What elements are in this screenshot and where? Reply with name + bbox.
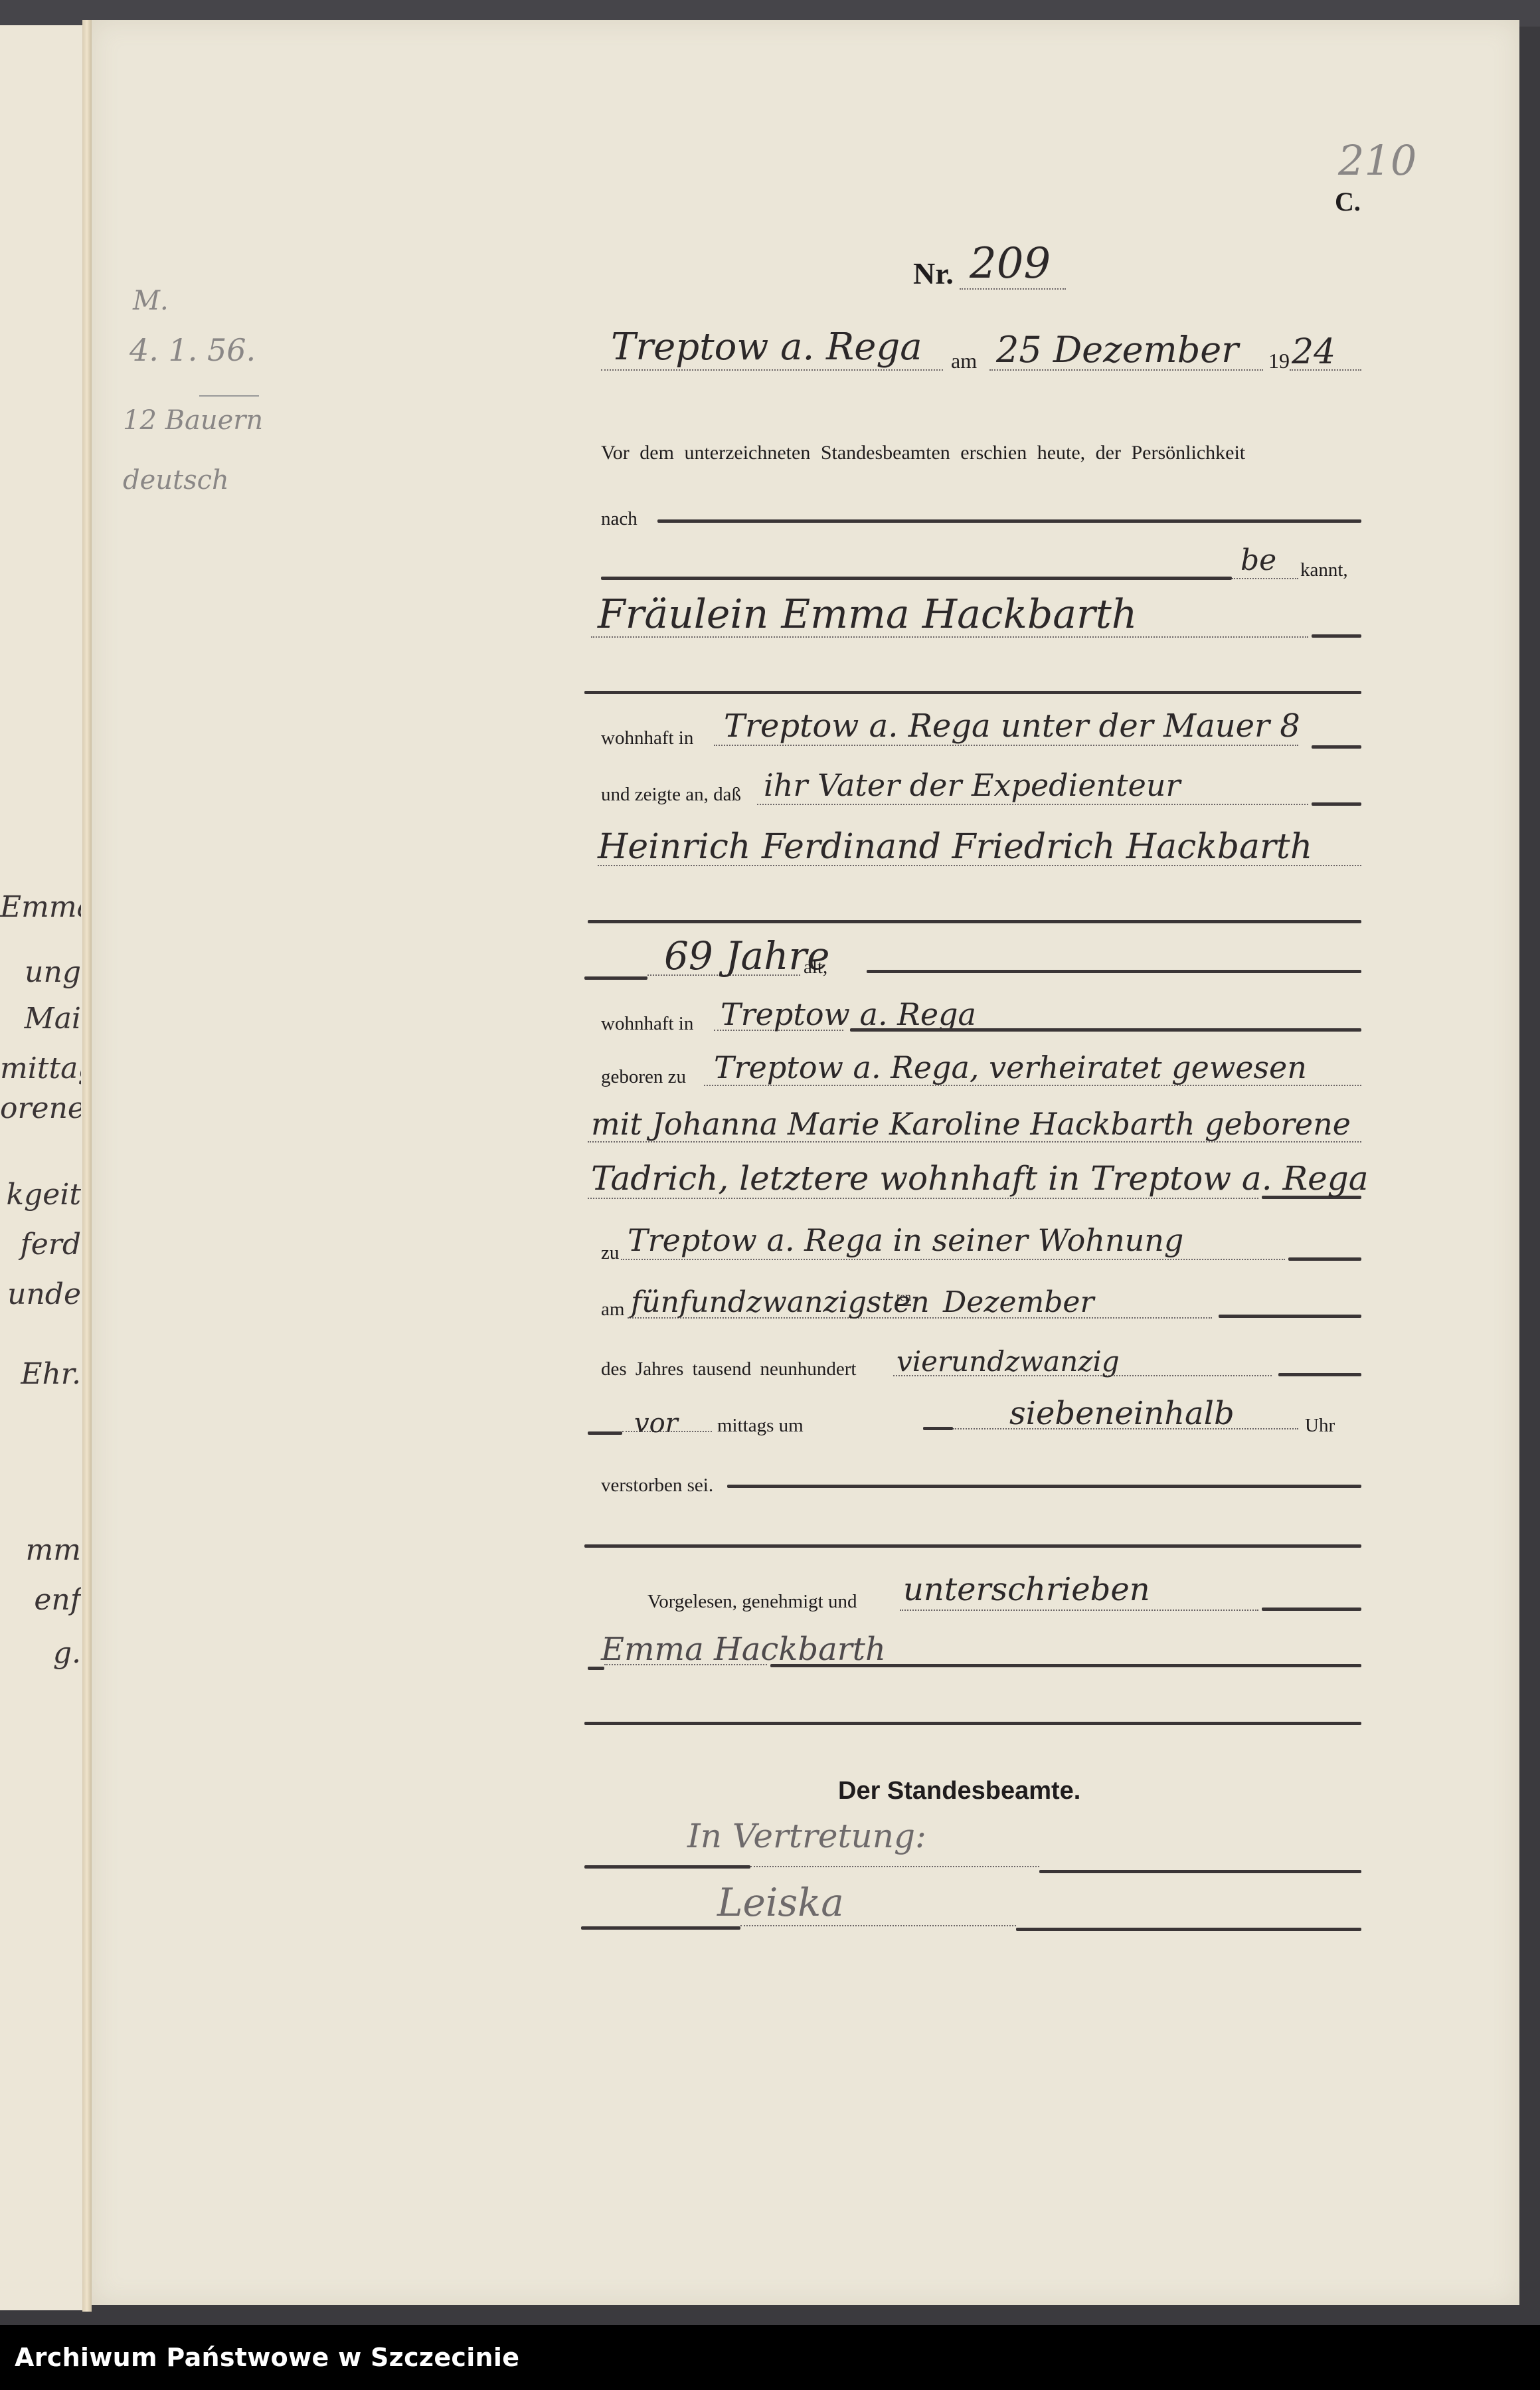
signature-line-2 bbox=[584, 1722, 1361, 1725]
deceased-name: Heinrich Ferdinand Friedrich Hackbarth bbox=[598, 827, 1312, 867]
bekannt-prefix: be bbox=[1241, 543, 1276, 577]
bekannt-line bbox=[601, 577, 1232, 580]
informant-residence: Treptow a. Rega unter der Mauer 8 bbox=[724, 707, 1300, 745]
residence-dotline bbox=[714, 745, 1298, 746]
official-dotline-1 bbox=[750, 1866, 1039, 1867]
bekannt-dotline bbox=[1232, 578, 1298, 579]
alt-label: alt, bbox=[804, 957, 827, 978]
death-year-line-end bbox=[1278, 1373, 1361, 1376]
official-line-1-start bbox=[584, 1865, 750, 1869]
left-page-fragment: Emma bbox=[0, 890, 81, 924]
year-dotline bbox=[1290, 369, 1361, 371]
verstorben-line-2 bbox=[584, 1544, 1361, 1548]
age-line-start bbox=[584, 976, 647, 980]
verstorben-label: verstorben sei. bbox=[601, 1475, 713, 1497]
relation-text: ihr Vater der Expedienteur bbox=[764, 767, 1181, 803]
informant-line-2 bbox=[584, 691, 1361, 694]
geboren-label: geboren zu bbox=[601, 1066, 686, 1088]
deceased-wohnhaft-label: wohnhaft in bbox=[601, 1013, 693, 1035]
left-page-fragment: enf bbox=[0, 1583, 81, 1617]
vorgelesen-line-end bbox=[1262, 1608, 1361, 1611]
deceased-residence: Treptow a. Rega bbox=[721, 996, 976, 1032]
vor-mittags: vor bbox=[634, 1408, 678, 1439]
record-number-dotline bbox=[960, 288, 1066, 290]
spouse-line-2: Tadrich, letztere wohnhaft in Treptow a.… bbox=[591, 1159, 1369, 1198]
intro-text: Vor dem unterzeichneten Standesbeamten e… bbox=[601, 442, 1245, 464]
uhr-label: Uhr bbox=[1305, 1415, 1335, 1437]
left-page-fragment: ferd bbox=[0, 1228, 81, 1261]
death-day: fünfundzwanzigsten bbox=[631, 1285, 930, 1319]
relation-dotline bbox=[757, 804, 1308, 805]
place-dotline bbox=[601, 369, 943, 371]
time-line-start bbox=[588, 1431, 622, 1435]
registration-year: 24 bbox=[1292, 332, 1335, 372]
unterschrieben-text: unterschrieben bbox=[903, 1571, 1150, 1608]
death-year: vierundzwanzig bbox=[897, 1345, 1120, 1378]
death-time: siebeneinhalb bbox=[1009, 1395, 1235, 1432]
am2-label: am bbox=[601, 1299, 624, 1321]
record-number-label: Nr. bbox=[913, 256, 954, 291]
registration-date: 25 Dezember bbox=[996, 329, 1239, 371]
relation-line-end bbox=[1312, 802, 1361, 806]
death-place-dotline bbox=[621, 1259, 1285, 1260]
registration-place: Treptow a. Rega bbox=[611, 325, 922, 369]
deceased-residence-line bbox=[850, 1028, 1361, 1032]
folio-number: 210 bbox=[1338, 136, 1416, 185]
margin-note-line2: 4. 1. 56. bbox=[129, 332, 256, 368]
left-page-fragment: ung bbox=[0, 955, 81, 989]
official-line-2-start bbox=[581, 1926, 740, 1930]
nach-label: nach bbox=[601, 508, 638, 530]
book-spine bbox=[82, 20, 92, 2312]
official-line-1-end bbox=[1039, 1870, 1361, 1873]
wohnhaft-label: wohnhaft in bbox=[601, 727, 693, 749]
margin-note-line1: M. bbox=[133, 286, 169, 316]
left-page-fragment: Mai bbox=[0, 1002, 81, 1036]
informant-line-end bbox=[1312, 634, 1361, 638]
left-facing-page: Emma ung Mai mittag orene kgeit ferd und… bbox=[0, 25, 85, 2310]
left-page-fragment: kgeit bbox=[0, 1178, 81, 1212]
register-letter: C. bbox=[1335, 186, 1361, 217]
left-page-fragment: Ehr. bbox=[0, 1357, 81, 1391]
am-label: am bbox=[951, 349, 977, 373]
margin-note-line3: 12 Bauern bbox=[123, 405, 263, 436]
vorgelesen-dotline bbox=[900, 1609, 1258, 1611]
official-title: Der Standesbeamte. bbox=[838, 1777, 1080, 1805]
official-dotline-2 bbox=[740, 1925, 1016, 1926]
informant-name: Fräulein Emma Hackbarth bbox=[598, 591, 1137, 638]
death-place: Treptow a. Rega in seiner Wohnung bbox=[628, 1222, 1183, 1258]
death-place-line-end bbox=[1288, 1257, 1361, 1261]
bekannt-label: kannt, bbox=[1300, 559, 1348, 581]
archive-caption: Archiwum Państwowe w Szczecinie bbox=[15, 2343, 519, 2372]
informant-signature: Emma Hackbarth bbox=[601, 1631, 886, 1668]
year-prefix: 19 bbox=[1268, 349, 1290, 373]
margin-note-line4: deutsch bbox=[123, 465, 229, 496]
left-page-fragment: unde bbox=[0, 1277, 81, 1311]
left-page-fragment: mittag bbox=[0, 1052, 81, 1085]
death-day-line-end bbox=[1219, 1315, 1361, 1318]
spouse-line-1: mit Johanna Marie Karoline Hackbarth geb… bbox=[591, 1106, 1351, 1142]
verstorben-line bbox=[727, 1485, 1361, 1488]
jahres-label: des Jahres tausend neunhundert bbox=[601, 1358, 856, 1380]
left-page-fragment: orene bbox=[0, 1091, 81, 1125]
deceased-line-2 bbox=[588, 920, 1361, 923]
official-signature-line2: Leiska bbox=[717, 1880, 844, 1925]
spouse-dotline-2 bbox=[588, 1198, 1258, 1199]
left-page-fragment: g. bbox=[0, 1636, 81, 1670]
record-number-value: 209 bbox=[970, 239, 1051, 288]
margin-note-rule bbox=[199, 395, 259, 397]
left-page-fragment: mm bbox=[0, 1533, 81, 1567]
residence-line-end bbox=[1312, 745, 1361, 749]
birthplace: Treptow a. Rega, verheiratet gewesen bbox=[714, 1050, 1307, 1085]
age-line-end bbox=[867, 970, 1361, 973]
ten-suffix: ten bbox=[897, 1290, 911, 1306]
death-month: Dezember bbox=[943, 1285, 1094, 1319]
time-line-mid bbox=[923, 1427, 953, 1430]
official-signature-line1: In Vertretung: bbox=[687, 1817, 926, 1855]
mittags-label: mittags um bbox=[717, 1415, 804, 1437]
nach-line bbox=[657, 519, 1361, 523]
official-line-2-end bbox=[1016, 1928, 1361, 1931]
vorgelesen-label: Vorgelesen, genehmigt und bbox=[647, 1591, 857, 1613]
zu-label: zu bbox=[601, 1242, 619, 1264]
zeigte-label: und zeigte an, daß bbox=[601, 784, 741, 806]
